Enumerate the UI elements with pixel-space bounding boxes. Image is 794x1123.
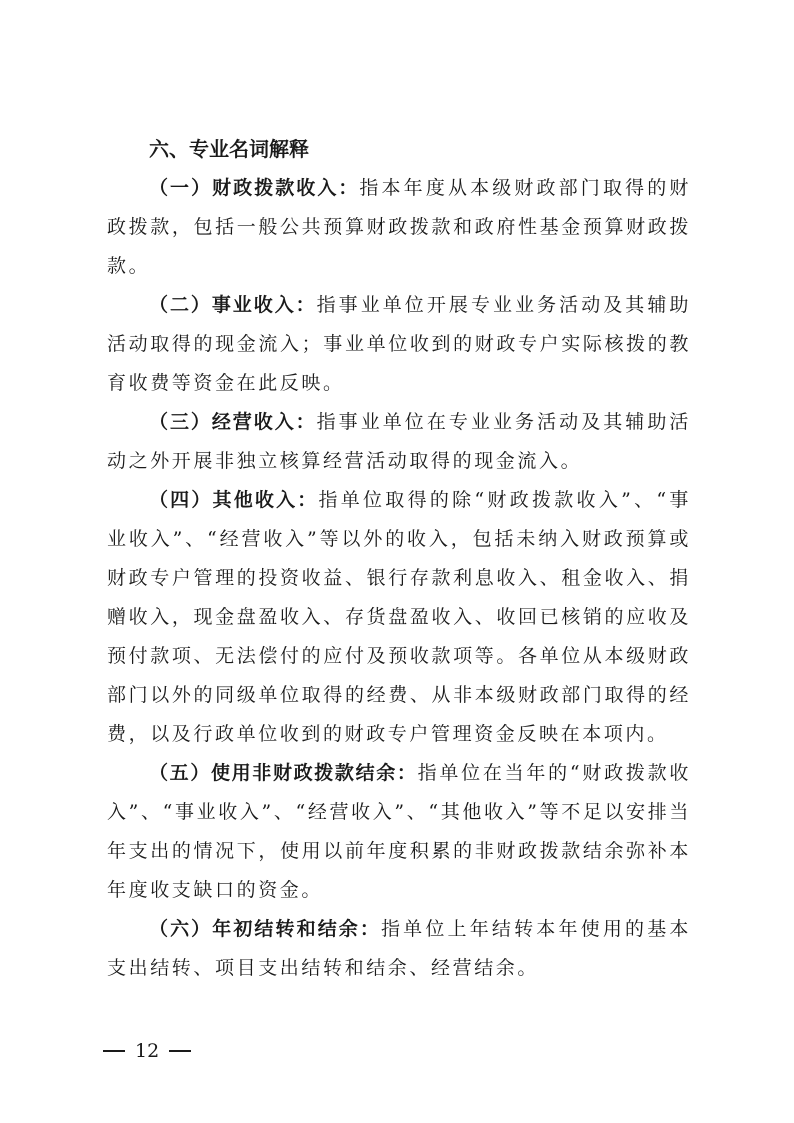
page-footer: 12 bbox=[103, 1040, 191, 1062]
term-label: （四）其他收入： bbox=[149, 489, 318, 511]
term-label: （二）事业收入： bbox=[149, 294, 317, 316]
definition-paragraph-6: （六）年初结转和结余：指单位上年结转本年使用的基本支出结转、项目支出结转和结余、… bbox=[107, 910, 691, 988]
term-label: （三）经营收入： bbox=[149, 411, 317, 433]
definition-paragraph-1: （一）财政拨款收入：指本年度从本级财政部门取得的财政拨款，包括一般公共预算财政拨… bbox=[107, 169, 691, 286]
definition-paragraph-2: （二）事业收入：指事业单位开展专业业务活动及其辅助活动取得的现金流入；事业单位收… bbox=[107, 286, 691, 403]
term-label: （五）使用非财政拨款结余： bbox=[149, 762, 418, 784]
term-label: （六）年初结转和结余： bbox=[149, 918, 381, 940]
definition-paragraph-5: （五）使用非财政拨款结余：指单位在当年的“财政拨款收入”、“事业收入”、“经营收… bbox=[107, 754, 691, 910]
definition-text: 指单位取得的除“财政拨款收入”、“事业收入”、“经营收入”等以外的收入，包括未纳… bbox=[107, 489, 691, 745]
dash-right-icon bbox=[169, 1050, 191, 1052]
definition-paragraph-4: （四）其他收入：指单位取得的除“财政拨款收入”、“事业收入”、“经营收入”等以外… bbox=[107, 481, 691, 754]
definition-paragraph-3: （三）经营收入：指事业单位在专业业务活动及其辅助活动之外开展非独立核算经营活动取… bbox=[107, 403, 691, 481]
section-heading: 六、专业名词解释 bbox=[107, 130, 691, 169]
document-page: 六、专业名词解释 （一）财政拨款收入：指本年度从本级财政部门取得的财政拨款，包括… bbox=[107, 130, 691, 988]
dash-left-icon bbox=[103, 1050, 125, 1052]
page-number: 12 bbox=[135, 1040, 159, 1062]
term-label: （一）财政拨款收入： bbox=[149, 177, 359, 199]
